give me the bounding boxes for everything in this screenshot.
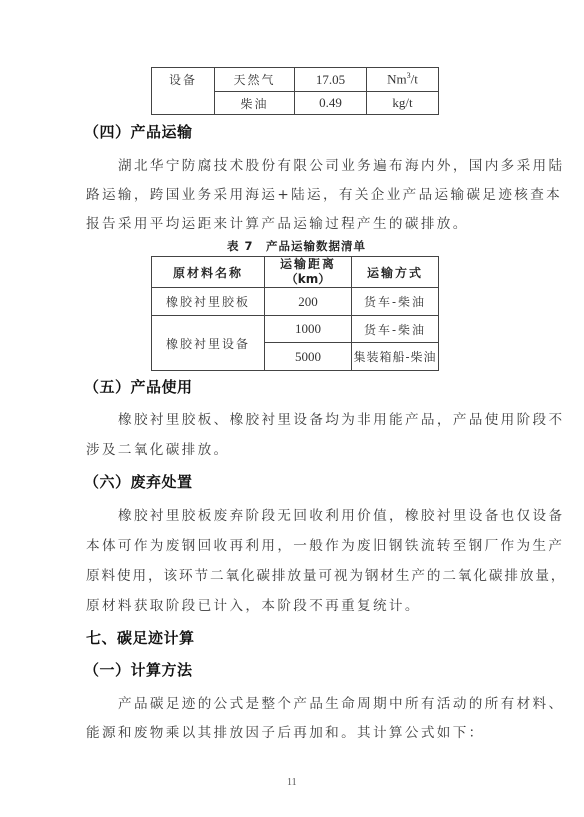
section-heading-method: （一）计算方法 — [84, 659, 193, 680]
row-group-label: 设备 — [152, 68, 215, 115]
section-heading-disposal: （六）废弃处置 — [84, 471, 193, 492]
paragraph-line: 涉及二氧化碳排放。 — [86, 438, 230, 458]
energy-item: 柴油 — [215, 92, 295, 115]
material-name: 橡胶衬里设备 — [152, 316, 265, 371]
chapter-heading-carbon-footprint: 七、碳足迹计算 — [86, 627, 195, 648]
paragraph-line: 湖北华宁防腐技术股份有限公司业务遍布海内外，国内多采用陆 — [118, 154, 564, 174]
transport-mode: 货车-柴油 — [352, 288, 439, 316]
paragraph-line: 产品碳足迹的公式是整个产品生命周期中所有活动的所有材料、 — [118, 692, 564, 712]
section-heading-transport: （四）产品运输 — [84, 121, 193, 142]
energy-unit: kg/t — [367, 92, 439, 115]
table-row: 橡胶衬里设备 1000 货车-柴油 — [152, 316, 439, 343]
paragraph-line: 原料使用，该环节二氧化碳排放量可视为钢材生产的二氧化碳排放量， — [86, 564, 566, 584]
energy-unit: Nm3/t — [367, 68, 439, 92]
paragraph-line: 能源和废物乘以其排放因子后再加和。其计算公式如下： — [86, 721, 485, 741]
column-header: 运输距离 （km） — [265, 257, 352, 288]
table-caption: 表 7 产品运输数据清单 — [227, 238, 366, 254]
section-heading-usage: （五）产品使用 — [84, 376, 193, 397]
column-header: 运输方式 — [352, 257, 439, 288]
transport-distance: 5000 — [265, 343, 352, 371]
transport-data-table: 原材料名称 运输距离 （km） 运输方式 橡胶衬里胶板 200 货车-柴油 橡胶… — [151, 256, 439, 371]
paragraph-line: 橡胶衬里胶板废弃阶段无回收利用价值，橡胶衬里设备也仅设备 — [118, 504, 564, 524]
table-row: 橡胶衬里胶板 200 货车-柴油 — [152, 288, 439, 316]
paragraph-line: 报告采用平均运距来计算产品运输过程产生的碳排放。 — [86, 212, 469, 232]
paragraph-line: 路运输，跨国业务采用海运+陆运，有关企业产品运输碳足迹核查本 — [86, 183, 562, 203]
energy-value: 17.05 — [295, 68, 367, 92]
equipment-energy-table: 设备 天然气 17.05 Nm3/t 柴油 0.49 kg/t — [151, 67, 439, 115]
transport-distance: 200 — [265, 288, 352, 316]
paragraph-line: 橡胶衬里胶板、橡胶衬里设备均为非用能产品，产品使用阶段不 — [118, 408, 564, 428]
material-name: 橡胶衬里胶板 — [152, 288, 265, 316]
transport-mode: 集装箱船-柴油 — [352, 343, 439, 371]
paragraph-line: 原材料获取阶段已计入，本阶段不再重复统计。 — [86, 594, 421, 614]
energy-item: 天然气 — [215, 68, 295, 92]
column-header: 原材料名称 — [152, 257, 265, 288]
paragraph-line: 本体可作为废钢回收再利用，一般作为废旧钢铁流转至钢厂作为生产 — [86, 534, 564, 554]
transport-mode: 货车-柴油 — [352, 316, 439, 343]
page-number: 11 — [287, 777, 297, 788]
energy-value: 0.49 — [295, 92, 367, 115]
transport-distance: 1000 — [265, 316, 352, 343]
